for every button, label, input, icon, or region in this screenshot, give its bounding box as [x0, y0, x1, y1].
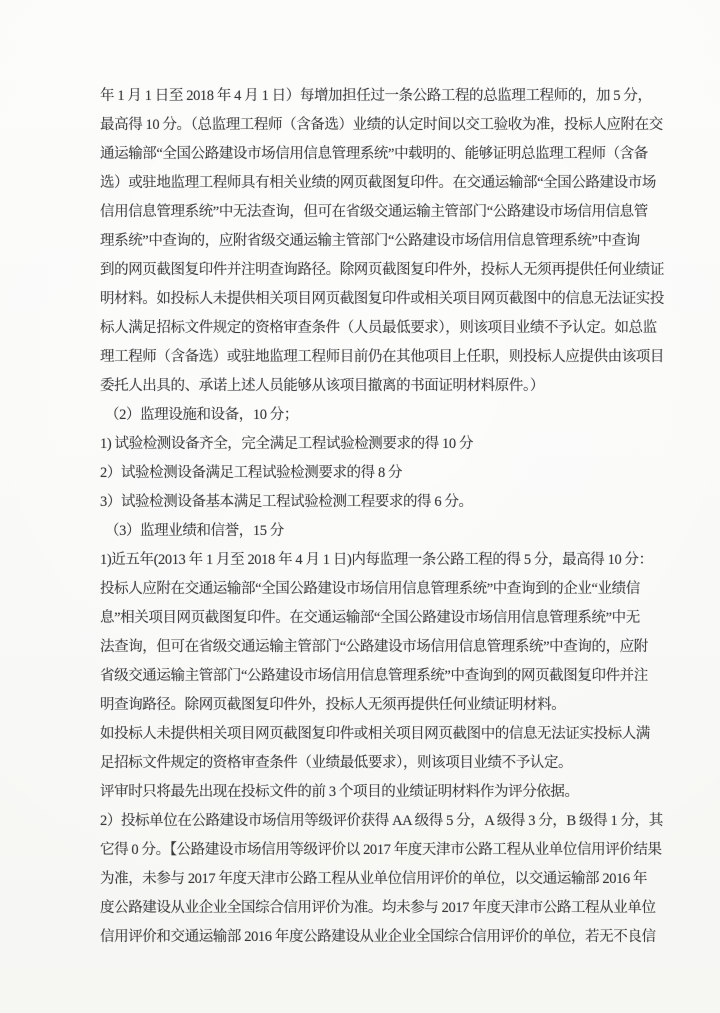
text-line: 3）试验检测设备基本满足工程试验检测工程要求的得 6 分。	[100, 488, 645, 517]
text-line: 明查询路径。除网页截图复印件外，投标人无须再提供任何业绩证明材料。	[100, 691, 645, 720]
text-line: 理工程师（含备选）或驻地监理工程师目前仍在其他项目上任职，则投标人应提供由该项目	[100, 343, 645, 372]
text-line: 省级交通运输主管部门“公路建设市场信用信息管理系统”中查询到的网页截图复印件并注	[100, 662, 645, 691]
document-text-block: 年 1 月 1 日至 2018 年 4 月 1 日）每增加担任过一条公路工程的总…	[100, 82, 645, 952]
text-line: 投标人应附在交通运输部“全国公路建设市场信用信息管理系统”中查询到的企业“业绩信	[100, 575, 645, 604]
text-line: 它得 0 分。【公路建设市场信用等级评价以 2017 年度天津市公路工程从业单位…	[100, 836, 645, 865]
text-line: 信用评价和交通运输部 2016 年度公路建设从业企业全国综合信用评价的单位，若无…	[100, 923, 645, 952]
text-line: 1)近五年(2013 年 1 月至 2018 年 4 月 1 日)内每监理一条公…	[100, 546, 645, 575]
text-line: 标人满足招标文件规定的资格审查条件（人员最低要求），则该项目业绩不予认定。如总监	[100, 314, 645, 343]
text-line: 息”相关项目网页截图复印件。在交通运输部“全国公路建设市场信用信息管理系统”中无	[100, 604, 645, 633]
text-line: 明材料。如投标人未提供相关项目网页截图复印件或相关项目网页截图中的信息无法证实投	[100, 285, 645, 314]
text-line: 2）试验检测设备满足工程试验检测要求的得 8 分	[100, 459, 645, 488]
text-line: 足招标文件规定的资格审查条件（业绩最低要求），则该项目业绩不予认定。	[100, 749, 645, 778]
text-line: 度公路建设从业企业全国综合信用评价为准。均未参与 2017 年度天津市公路工程从…	[100, 894, 645, 923]
text-line: 1) 试验检测设备齐全，完全满足工程试验检测要求的得 10 分	[100, 430, 645, 459]
scanned-document-page: 年 1 月 1 日至 2018 年 4 月 1 日）每增加担任过一条公路工程的总…	[0, 0, 720, 1013]
text-line: 选）或驻地监理工程师具有相关业绩的网页截图复印件。在交通运输部“全国公路建设市场	[100, 169, 645, 198]
text-line: 到的网页截图复印件并注明查询路径。除网页截图复印件外，投标人无须再提供任何业绩证	[100, 256, 645, 285]
text-line: 最高得 10 分。（总监理工程师（含备选）业绩的认定时间以交工验收为准，投标人应…	[100, 111, 645, 140]
text-line: 如投标人未提供相关项目网页截图复印件或相关项目网页截图中的信息无法证实投标人满	[100, 720, 645, 749]
text-line: 信用信息管理系统”中无法查询，但可在省级交通运输主管部门“公路建设市场信用信息管	[100, 198, 645, 227]
text-line: （2）监理设施和设备，10 分；	[100, 401, 645, 430]
text-line: 年 1 月 1 日至 2018 年 4 月 1 日）每增加担任过一条公路工程的总…	[100, 82, 645, 111]
text-line: 评审时只将最先出现在投标文件的前 3 个项目的业绩证明材料作为评分依据。	[100, 778, 645, 807]
text-line: 法查询，但可在省级交通运输主管部门“公路建设市场信用信息管理系统”中查询的，应附	[100, 633, 645, 662]
text-line: 2）投标单位在公路建设市场信用等级评价获得 AA 级得 5 分，A 级得 3 分…	[100, 807, 645, 836]
text-line: 理系统”中查询的，应附省级交通运输主管部门“公路建设市场信用信息管理系统”中查询	[100, 227, 645, 256]
text-line: （3）监理业绩和信誉，15 分	[100, 517, 645, 546]
text-line: 为准，未参与 2017 年度天津市公路工程从业单位信用评价的单位，以交通运输部 …	[100, 865, 645, 894]
text-line: 通运输部“全国公路建设市场信用信息管理系统”中载明的、能够证明总监理工程师（含备	[100, 140, 645, 169]
text-line: 委托人出具的、承诺上述人员能够从该项目撤离的书面证明材料原件。）	[100, 372, 645, 401]
